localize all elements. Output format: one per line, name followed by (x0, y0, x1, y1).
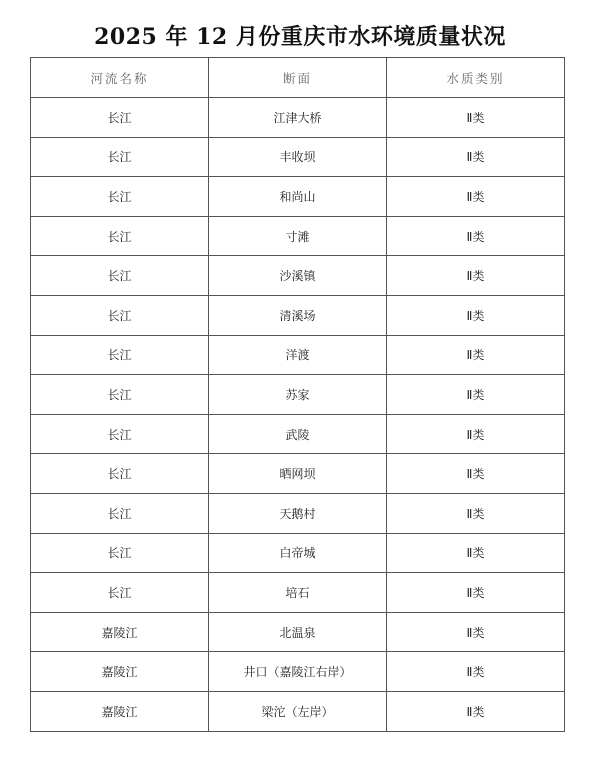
table-row: 嘉陵江梁沱（左岸）Ⅱ类 (31, 691, 565, 731)
cell-section: 和尚山 (209, 177, 387, 217)
table-row: 长江和尚山Ⅱ类 (31, 177, 565, 217)
cell-river-name: 长江 (31, 414, 209, 454)
cell-river-name: 嘉陵江 (31, 652, 209, 692)
cell-river-name: 长江 (31, 216, 209, 256)
cell-river-name: 长江 (31, 375, 209, 415)
cell-section: 沙溪镇 (209, 256, 387, 296)
table-row: 长江天鹅村Ⅱ类 (31, 493, 565, 533)
cell-water-quality-class: Ⅱ类 (387, 652, 565, 692)
table-row: 长江白帝城Ⅱ类 (31, 533, 565, 573)
table-row: 长江沙溪镇Ⅱ类 (31, 256, 565, 296)
cell-river-name: 嘉陵江 (31, 691, 209, 731)
cell-river-name: 长江 (31, 295, 209, 335)
cell-section: 江津大桥 (209, 98, 387, 138)
table-row: 长江丰收坝Ⅱ类 (31, 137, 565, 177)
cell-river-name: 长江 (31, 177, 209, 217)
cell-section: 丰收坝 (209, 137, 387, 177)
page-title: 2025 年 12 月份重庆市水环境质量状况 (0, 20, 600, 51)
cell-section: 北温泉 (209, 612, 387, 652)
cell-section: 苏家 (209, 375, 387, 415)
cell-river-name: 长江 (31, 256, 209, 296)
cell-river-name: 长江 (31, 98, 209, 138)
cell-section: 培石 (209, 573, 387, 613)
cell-water-quality-class: Ⅱ类 (387, 295, 565, 335)
cell-section: 洋渡 (209, 335, 387, 375)
cell-section: 武陵 (209, 414, 387, 454)
cell-water-quality-class: Ⅱ类 (387, 375, 565, 415)
water-quality-table: 河流名称 断面 水质类别 长江江津大桥Ⅱ类长江丰收坝Ⅱ类长江和尚山Ⅱ类长江寸滩Ⅱ… (30, 57, 565, 732)
cell-river-name: 长江 (31, 454, 209, 494)
table-row: 嘉陵江井口（嘉陵江右岸）Ⅱ类 (31, 652, 565, 692)
cell-water-quality-class: Ⅱ类 (387, 335, 565, 375)
cell-water-quality-class: Ⅱ类 (387, 454, 565, 494)
cell-water-quality-class: Ⅱ类 (387, 177, 565, 217)
header-river-name: 河流名称 (31, 58, 209, 98)
cell-river-name: 长江 (31, 335, 209, 375)
cell-water-quality-class: Ⅱ类 (387, 493, 565, 533)
table-row: 长江江津大桥Ⅱ类 (31, 98, 565, 138)
cell-river-name: 嘉陵江 (31, 612, 209, 652)
table-row: 长江晒网坝Ⅱ类 (31, 454, 565, 494)
cell-water-quality-class: Ⅱ类 (387, 573, 565, 613)
cell-section: 梁沱（左岸） (209, 691, 387, 731)
table-row: 长江洋渡Ⅱ类 (31, 335, 565, 375)
table-row: 长江寸滩Ⅱ类 (31, 216, 565, 256)
cell-water-quality-class: Ⅱ类 (387, 533, 565, 573)
table-row: 长江苏家Ⅱ类 (31, 375, 565, 415)
table-row: 嘉陵江北温泉Ⅱ类 (31, 612, 565, 652)
cell-river-name: 长江 (31, 493, 209, 533)
table-row: 长江清溪场Ⅱ类 (31, 295, 565, 335)
cell-water-quality-class: Ⅱ类 (387, 691, 565, 731)
cell-section: 寸滩 (209, 216, 387, 256)
cell-water-quality-class: Ⅱ类 (387, 98, 565, 138)
table-row: 长江武陵Ⅱ类 (31, 414, 565, 454)
cell-section: 天鹅村 (209, 493, 387, 533)
cell-section: 白帝城 (209, 533, 387, 573)
cell-water-quality-class: Ⅱ类 (387, 256, 565, 296)
cell-section: 清溪场 (209, 295, 387, 335)
cell-section: 晒网坝 (209, 454, 387, 494)
cell-section: 井口（嘉陵江右岸） (209, 652, 387, 692)
table-row: 长江培石Ⅱ类 (31, 573, 565, 613)
cell-river-name: 长江 (31, 573, 209, 613)
cell-water-quality-class: Ⅱ类 (387, 137, 565, 177)
header-section: 断面 (209, 58, 387, 98)
header-water-quality-class: 水质类别 (387, 58, 565, 98)
table-header-row: 河流名称 断面 水质类别 (31, 58, 565, 98)
cell-river-name: 长江 (31, 533, 209, 573)
cell-water-quality-class: Ⅱ类 (387, 612, 565, 652)
cell-water-quality-class: Ⅱ类 (387, 414, 565, 454)
cell-river-name: 长江 (31, 137, 209, 177)
cell-water-quality-class: Ⅱ类 (387, 216, 565, 256)
